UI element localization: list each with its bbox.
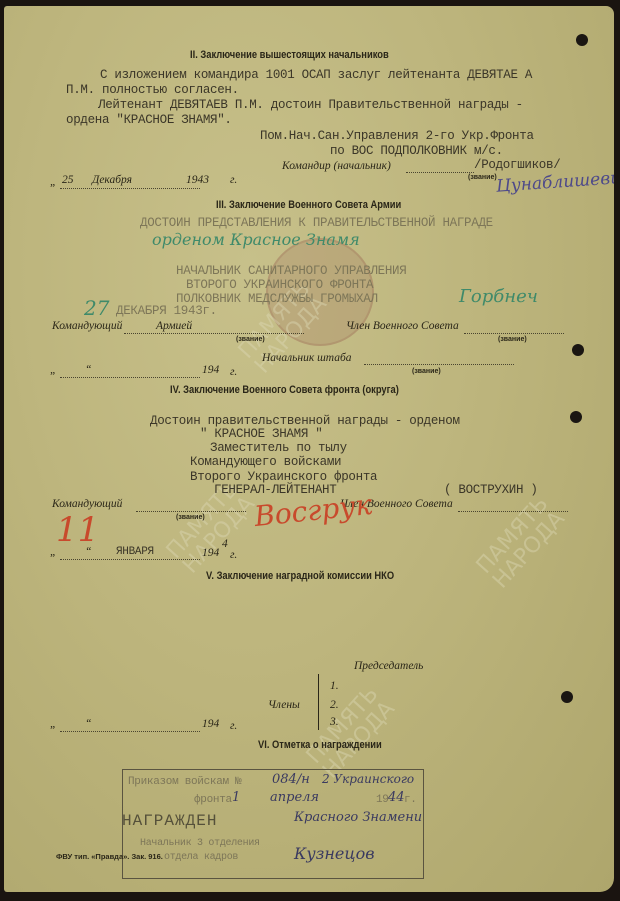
section-4-heading: IV. Заключение Военного Совета фронта (о… [170,384,399,396]
rank-label: (звание) [468,174,497,181]
date-day: 27 [84,296,109,320]
punch-hole [570,411,582,423]
stamp-text: НАЧАЛЬНИК САНИТАРНОГО УПРАВЛЕНИЯ [176,264,406,278]
section-6-heading: VI. Отметка о награждении [258,739,382,751]
punch-hole [561,691,573,703]
section-4-text: Достоин правительственной награды - орде… [150,414,460,428]
section-4-text: Второго Украинского фронта [190,470,377,484]
signer-title: по ВОС ПОДПОЛКОВНИК м/с. [330,144,503,158]
award-name: Красного Знамени [294,810,422,825]
section-4-text: Заместитель по тылу [210,441,347,455]
members-label: Члены [268,699,300,711]
order-number: 084/н [272,772,310,787]
army-label: Армией [156,320,192,332]
date-year: 1943 [186,174,209,186]
award-document-page: ПАМЯТЬНАРОДА ПАМЯТЬНАРОДА ПАМЯТЬНАРОДА П… [4,6,614,892]
date-month: ЯНВАРЯ [116,546,154,558]
chairman-label: Председатель [354,660,423,672]
chief-of-staff-label: Начальник штаба [262,352,352,364]
council-label: Член Военного Совета [346,320,459,332]
typed-name: ( ВОСТРУХИН ) [444,483,538,497]
commander-label: Командующий [52,320,122,332]
section-3-heading: III. Заключение Военного Совета Армии [216,199,401,211]
signature: Кузнецов [294,844,375,863]
section-2-text: Лейтенант ДЕВЯТАЕВ П.М. достоин Правител… [98,98,523,112]
commander-label: Командующий [52,498,122,510]
order-day: 1 [232,790,240,805]
section-2-text: С изложением командира 1001 ОСАП заслуг … [100,68,532,82]
printer-line: ФВУ тип. «Правда». Зак. 916. [56,852,163,861]
section-4-text: " КРАСНОЕ ЗНАМЯ " [200,427,322,441]
commander-name: /Родогшиков/ [474,158,560,172]
commander-label: Командир (начальник) [282,160,391,172]
section-2-text: ордена "КРАСНОЕ ЗНАМЯ". [66,113,232,127]
section-2-heading: II. Заключение вышестоящих начальников [190,49,389,61]
handwritten-award: орденом Красное Знамя [152,230,360,249]
signer-title: Пом.Нач.Сан.Управления 2-го Укр.Фронта [260,129,534,143]
section-3-text: ДОСТОИН ПРЕДСТАВЛЕНИЯ К ПРАВИТЕЛЬСТВЕННО… [140,216,493,230]
date-rest: ДЕКАБРЯ 1943г. [116,304,217,318]
order-year: 44 [388,790,405,805]
order-month: апреля [270,790,319,805]
section-4-text: Командующего войсками [190,455,341,469]
stamp-text: ВТОРОГО УКРАИНСКОГО ФРОНТА [186,278,373,292]
signature: Горбнеч [459,286,538,307]
punch-hole [576,34,588,46]
section-2-text: П.М. полностью согласен. [66,83,239,97]
section-5-heading: V. Заключение наградной комиссии НКО [206,570,394,582]
order-front: 2 Украинского [322,772,414,786]
date-day: 11 [56,510,99,550]
punch-hole [572,344,584,356]
date-month: Декабря [92,174,132,186]
date-day: 25 [62,174,74,186]
watermark: ПАМЯТЬНАРОДА [473,493,569,593]
awarded-label: НАГРАЖДЕН [122,812,217,830]
